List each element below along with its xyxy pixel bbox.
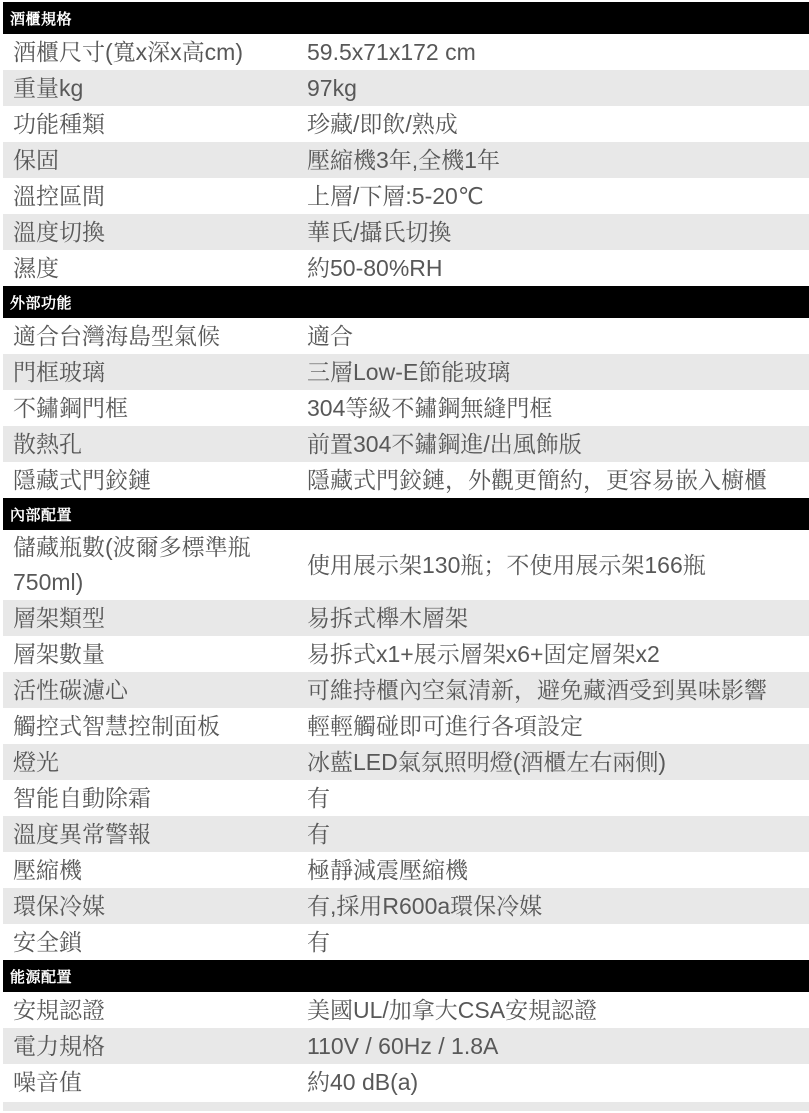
table-row: 層架類型 易拆式櫸木層架: [3, 600, 809, 636]
table-row: 功能種類 珍藏/即飲/熟成: [3, 106, 809, 142]
spec-value: 極靜減震壓縮機: [307, 852, 809, 888]
spec-label: 保固: [3, 142, 307, 178]
table-row: 智能自動除霜 有: [3, 780, 809, 816]
section-header-energy-config: 能源配置: [3, 960, 809, 992]
section-rows-energy-config: 安規認證 美國UL/加拿大CSA安規認證 電力規格 110V / 60Hz / …: [3, 992, 809, 1100]
spec-label: 溫度異常警報: [3, 816, 307, 852]
spec-value: 易拆式x1+展示層架x6+固定層架x2: [307, 636, 809, 672]
spec-value: 易拆式櫸木層架: [307, 600, 809, 636]
spec-value: 110V / 60Hz / 1.8A: [307, 1028, 809, 1064]
spec-label: 噪音值: [3, 1064, 307, 1100]
spec-value: 約50-80%RH: [307, 250, 809, 286]
table-row: 觸控式智慧控制面板 輕輕觸碰即可進行各項設定: [3, 708, 809, 744]
spec-label: 活性碳濾心: [3, 672, 307, 708]
spec-value: 適合: [307, 318, 809, 354]
spec-label: 安全鎖: [3, 924, 307, 960]
spec-label: 燈光: [3, 744, 307, 780]
spec-value: 珍藏/即飲/熟成: [307, 106, 809, 142]
table-row: 活性碳濾心 可維持櫃內空氣清新，避免藏酒受到異味影響: [3, 672, 809, 708]
spec-value: 有: [307, 780, 809, 816]
table-row: 保固 壓縮機3年,全機1年: [3, 142, 809, 178]
spec-value: 59.5x71x172 cm: [307, 34, 809, 70]
spec-label: 環保冷媒: [3, 888, 307, 924]
spec-label: 不鏽鋼門框: [3, 390, 307, 426]
partial-next-row-strip: [3, 1102, 809, 1111]
spec-label: 電力規格: [3, 1028, 307, 1064]
table-row: 隱藏式門鉸鏈 隱藏式門鉸鏈，外觀更簡約，更容易嵌入櫥櫃: [3, 462, 809, 498]
spec-value: 使用展示架130瓶；不使用展示架166瓶: [307, 530, 809, 600]
table-row: 濕度 約50-80%RH: [3, 250, 809, 286]
spec-label: 適合台灣海島型氣候: [3, 318, 307, 354]
spec-value: 華氏/攝氏切換: [307, 214, 809, 250]
section-rows-interior-config: 儲藏瓶數(波爾多標準瓶750ml) 使用展示架130瓶；不使用展示架166瓶 層…: [3, 530, 809, 960]
spec-value: 有: [307, 816, 809, 852]
spec-value: 美國UL/加拿大CSA安規認證: [307, 992, 809, 1028]
spec-value: 壓縮機3年,全機1年: [307, 142, 809, 178]
spec-label: 溫度切換: [3, 214, 307, 250]
spec-value: 冰藍LED氣氛照明燈(酒櫃左右兩側): [307, 744, 809, 780]
spec-label: 安規認證: [3, 992, 307, 1028]
table-row: 安規認證 美國UL/加拿大CSA安規認證: [3, 992, 809, 1028]
spec-page: 酒櫃規格 酒櫃尺寸(寬x深x高cm) 59.5x71x172 cm 重量kg 9…: [0, 0, 809, 1113]
spec-label: 溫控區間: [3, 178, 307, 214]
spec-value: 304等級不鏽鋼無縫門框: [307, 390, 809, 426]
table-row: 溫度異常警報 有: [3, 816, 809, 852]
spec-label: 壓縮機: [3, 852, 307, 888]
spec-value: 97kg: [307, 70, 809, 106]
spec-label: 酒櫃尺寸(寬x深x高cm): [3, 34, 307, 70]
table-row: 安全鎖 有: [3, 924, 809, 960]
table-row: 噪音值 約40 dB(a): [3, 1064, 809, 1100]
table-row: 酒櫃尺寸(寬x深x高cm) 59.5x71x172 cm: [3, 34, 809, 70]
spec-value: 輕輕觸碰即可進行各項設定: [307, 708, 809, 744]
table-row: 環保冷媒 有,採用R600a環保冷媒: [3, 888, 809, 924]
spec-label: 層架數量: [3, 636, 307, 672]
table-row: 燈光 冰藍LED氣氛照明燈(酒櫃左右兩側): [3, 744, 809, 780]
section-header-interior-config: 內部配置: [3, 498, 809, 530]
section-header-cabinet-specs: 酒櫃規格: [3, 2, 809, 34]
spec-value: 上層/下層:5-20℃: [307, 178, 809, 214]
spec-value: 有: [307, 924, 809, 960]
spec-value: 三層Low-E節能玻璃: [307, 354, 809, 390]
table-row: 不鏽鋼門框 304等級不鏽鋼無縫門框: [3, 390, 809, 426]
spec-label: 重量kg: [3, 70, 307, 106]
spec-value: 可維持櫃內空氣清新，避免藏酒受到異味影響: [307, 672, 809, 708]
spec-label: 智能自動除霜: [3, 780, 307, 816]
table-row: 散熱孔 前置304不鏽鋼進/出風飾版: [3, 426, 809, 462]
spec-label: 門框玻璃: [3, 354, 307, 390]
spec-label: 觸控式智慧控制面板: [3, 708, 307, 744]
spec-label: 儲藏瓶數(波爾多標準瓶750ml): [3, 530, 307, 600]
section-header-exterior-features: 外部功能: [3, 286, 809, 318]
section-rows-exterior-features: 適合台灣海島型氣候 適合 門框玻璃 三層Low-E節能玻璃 不鏽鋼門框 304等…: [3, 318, 809, 498]
table-row: 電力規格 110V / 60Hz / 1.8A: [3, 1028, 809, 1064]
spec-value: 前置304不鏽鋼進/出風飾版: [307, 426, 809, 462]
table-row: 層架數量 易拆式x1+展示層架x6+固定層架x2: [3, 636, 809, 672]
table-row: 適合台灣海島型氣候 適合: [3, 318, 809, 354]
spec-label: 濕度: [3, 250, 307, 286]
spec-value: 約40 dB(a): [307, 1064, 809, 1100]
spec-label: 隱藏式門鉸鏈: [3, 462, 307, 498]
table-row: 溫度切換 華氏/攝氏切換: [3, 214, 809, 250]
table-row: 壓縮機 極靜減震壓縮機: [3, 852, 809, 888]
table-row: 重量kg 97kg: [3, 70, 809, 106]
spec-value: 有,採用R600a環保冷媒: [307, 888, 809, 924]
spec-value: 隱藏式門鉸鏈，外觀更簡約，更容易嵌入櫥櫃: [307, 462, 809, 498]
spec-label: 散熱孔: [3, 426, 307, 462]
spec-label: 層架類型: [3, 600, 307, 636]
table-row: 儲藏瓶數(波爾多標準瓶750ml) 使用展示架130瓶；不使用展示架166瓶: [3, 530, 809, 600]
spec-label: 功能種類: [3, 106, 307, 142]
section-rows-cabinet-specs: 酒櫃尺寸(寬x深x高cm) 59.5x71x172 cm 重量kg 97kg 功…: [3, 34, 809, 286]
table-row: 門框玻璃 三層Low-E節能玻璃: [3, 354, 809, 390]
table-row: 溫控區間 上層/下層:5-20℃: [3, 178, 809, 214]
